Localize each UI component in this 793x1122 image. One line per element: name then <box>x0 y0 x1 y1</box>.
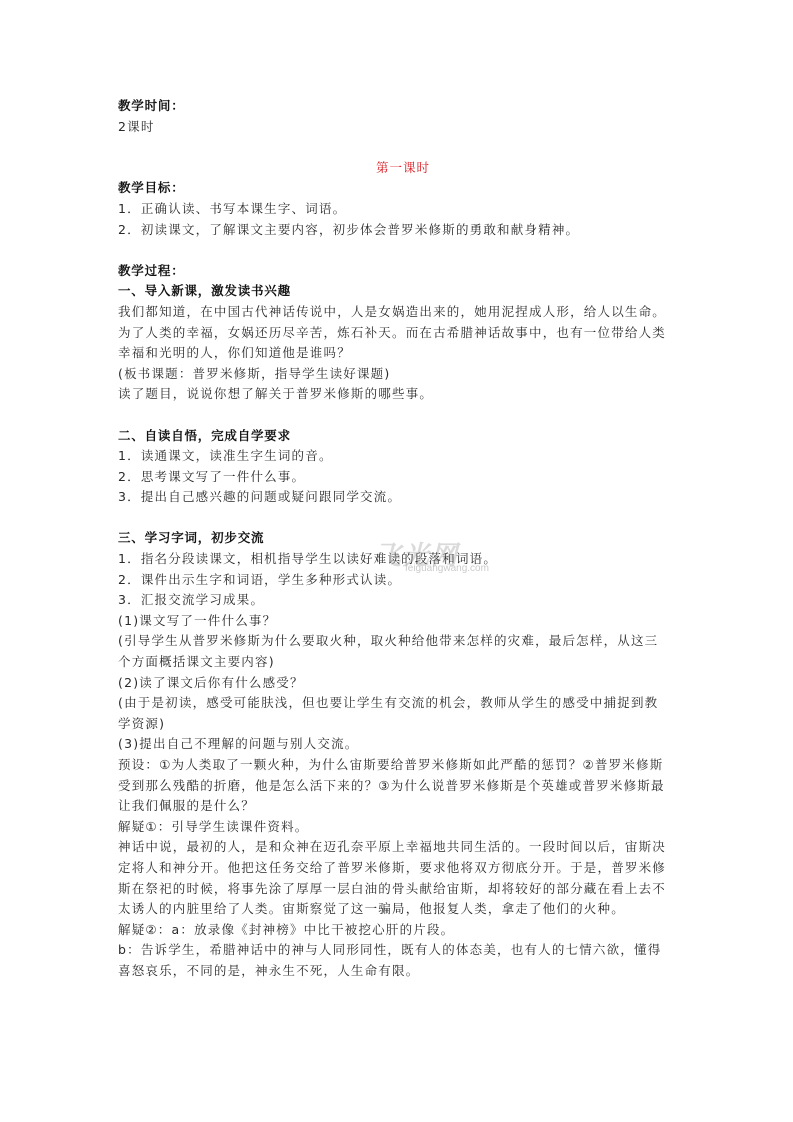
document-page: 教学时间： 2课时 第一课时 教学目标： 1．正确认读、书写本课生字、词语。 2… <box>118 96 688 982</box>
process-heading: 教学过程： <box>118 261 688 282</box>
spacer <box>118 405 688 426</box>
paragraph-line: 预设：①为人类取了一颗火种，为什么宙斯要给普罗米修斯如此严酷的惩罚？②普罗米修斯 <box>118 755 688 776</box>
objective-item: 2．初读课文，了解课文主要内容，初步体会普罗米修斯的勇敢和献身精神。 <box>118 220 688 241</box>
paragraph-line: (板书课题：普罗米修斯，指导学生读好课题) <box>118 364 688 385</box>
paragraph-line: 为了人类的幸福，女娲还历尽辛苦，炼石补天。而在古希腊神话故事中，也有一位带给人类 <box>118 323 688 344</box>
teaching-time-heading: 教学时间： <box>118 96 688 117</box>
paragraph-line: 受到那么残酷的折磨，他是怎么活下来的？③为什么说普罗米修斯是个英雄或普罗米修斯最 <box>118 776 688 797</box>
paragraph-line: 太诱人的内脏里给了人类。宙斯察觉了这一骗局，他报复人类，拿走了他们的火种。 <box>118 899 688 920</box>
spacer <box>118 508 688 529</box>
paragraph-line: 读了题目，说说你想了解关于普罗米修斯的哪些事。 <box>118 384 688 405</box>
paragraph-line: 幸福和光明的人，你们知道他是谁吗？ <box>118 343 688 364</box>
list-item: 1．指名分段读课文，相机指导学生以读好难读的段落和词语。 <box>118 549 688 570</box>
list-item: 2．课件出示生字和词语，学生多种形式认读。 <box>118 570 688 591</box>
spacer <box>118 137 688 158</box>
list-item: 2．思考课文写了一件什么事。 <box>118 467 688 488</box>
paragraph-line: (3)提出自己不理解的问题与别人交流。 <box>118 734 688 755</box>
paragraph-line: 解疑②：a：放录像《封神榜》中比干被挖心肝的片段。 <box>118 920 688 941</box>
paragraph-line: 神话中说，最初的人，是和众神在迈孔奈平原上幸福地共同生活的。一段时间以后，宙斯决 <box>118 837 688 858</box>
paragraph-line: 解疑①：引导学生读课件资料。 <box>118 817 688 838</box>
paragraph-line: b：告诉学生，希腊神话中的神与人同形同性，既有人的体态美，也有人的七情六欲，懂得 <box>118 940 688 961</box>
section-title: 二、自读自悟，完成自学要求 <box>118 426 688 447</box>
lesson-title: 第一课时 <box>118 158 688 179</box>
spacer <box>118 240 688 261</box>
section-title: 一、导入新课，激发读书兴趣 <box>118 281 688 302</box>
paragraph-line: 我们都知道，在中国古代神话传说中，人是女娲造出来的，她用泥捏成人形，给人以生命。 <box>118 302 688 323</box>
paragraph-line: (引导学生从普罗米修斯为什么要取火种，取火种给他带来怎样的灾难，最后怎样，从这三 <box>118 631 688 652</box>
paragraph-line: (1)课文写了一件什么事？ <box>118 611 688 632</box>
paragraph-line: 定将人和神分开。他把这任务交给了普罗米修斯，要求他将双方彻底分开。于是，普罗米修 <box>118 858 688 879</box>
paragraph-line: 斯在祭祀的时候，将事先涂了厚厚一层白油的骨头献给宙斯，却将较好的部分藏在看上去不 <box>118 879 688 900</box>
paragraph-line: 让我们佩服的是什么？ <box>118 796 688 817</box>
list-item: 3．提出自己感兴趣的问题或疑问跟同学交流。 <box>118 487 688 508</box>
list-item: 1．读通课文，读准生字生词的音。 <box>118 446 688 467</box>
paragraph-line: (2)读了课文后你有什么感受？ <box>118 673 688 694</box>
paragraph-line: 学资源) <box>118 714 688 735</box>
list-item: 3．汇报交流学习成果。 <box>118 590 688 611</box>
teaching-time-value: 2课时 <box>118 117 688 138</box>
paragraph-line: 个方面概括课文主要内容) <box>118 652 688 673</box>
objective-item: 1．正确认读、书写本课生字、词语。 <box>118 199 688 220</box>
section-title: 三、学习字词，初步交流 <box>118 528 688 549</box>
objectives-heading: 教学目标： <box>118 178 688 199</box>
paragraph-line: (由于是初读，感受可能肤浅，但也要让学生有交流的机会，教师从学生的感受中捕捉到教 <box>118 693 688 714</box>
paragraph-line: 喜怒哀乐，不同的是，神永生不死，人生命有限。 <box>118 961 688 982</box>
